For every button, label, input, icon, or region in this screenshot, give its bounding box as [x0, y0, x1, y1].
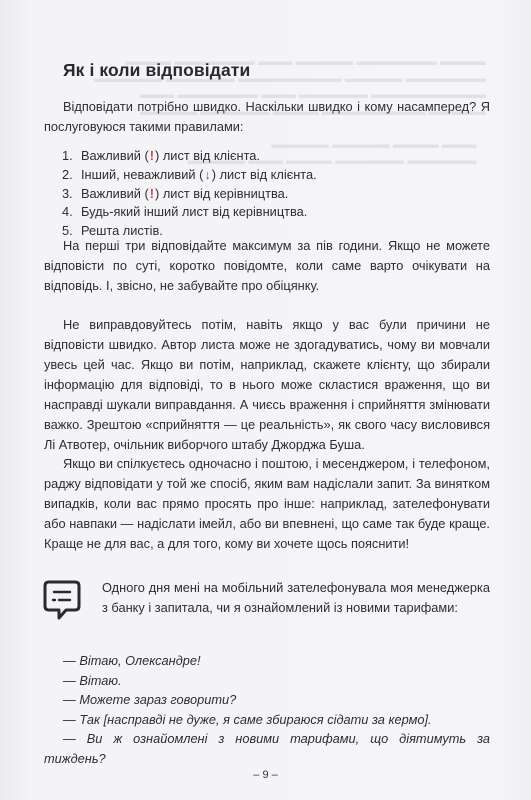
dialogue-line: — Можете зараз говорити? — [44, 690, 490, 710]
exclamation-icon: ! — [150, 185, 154, 204]
rule-item: 4. Будь-який інший лист від керівництва. — [62, 203, 317, 222]
paragraph-no-excuses: Не виправдовуйтесь потім, навіть якщо у … — [44, 315, 490, 455]
chat-bubble-icon — [42, 579, 82, 623]
exclamation-icon: ! — [150, 147, 154, 166]
rule-item: 2. Інший, неважливий (↓) лист від клієнт… — [62, 166, 317, 185]
dialogue: — Вітаю, Олександре! — Вітаю. — Можете з… — [44, 651, 490, 769]
rule-text: Важливий (!) лист від клієнта. — [81, 147, 260, 166]
dialogue-line: — Вітаю, Олександре! — [44, 651, 490, 671]
paragraph-same-channel: Якщо ви спілкуєтесь одночасно і поштою, … — [44, 454, 490, 554]
arrow-down-icon: ↓ — [204, 166, 210, 185]
paragraph-text: На перші три відповідайте максимум за пі… — [44, 238, 490, 293]
intro-paragraph: Відповідати потрібно швидко. Наскільки ш… — [44, 97, 490, 137]
rule-number: 4. — [62, 203, 81, 222]
rule-text: Інший, неважливий (↓) лист від клієнта. — [81, 166, 317, 185]
paragraph-text: Не виправдовуйтесь потім, навіть якщо у … — [44, 317, 490, 452]
dialogue-line: — Вітаю. — [44, 671, 490, 691]
paragraph-response-time: На перші три відповідайте максимум за пі… — [44, 236, 490, 296]
dialogue-line: — Так [насправді не дуже, я саме збираюс… — [44, 710, 490, 730]
rule-number: 2. — [62, 166, 81, 185]
rules-list: 1. Важливий (!) лист від клієнта. 2. Інш… — [62, 147, 317, 241]
rule-number: 3. — [62, 185, 81, 204]
rule-item: 3. Важливий (!) лист від керівництва. — [62, 185, 317, 204]
rule-number: 1. — [62, 147, 81, 166]
paragraph-text: Якщо ви спілкуєтесь одночасно і поштою, … — [44, 456, 490, 551]
section-heading: Як і коли відповідати — [63, 60, 250, 81]
rule-item: 1. Важливий (!) лист від клієнта. — [62, 147, 317, 166]
rule-text: Важливий (!) лист від керівництва. — [81, 185, 288, 204]
callout-text: Одного дня мені на мобільний зателефонув… — [102, 578, 490, 618]
dialogue-line: — Ви ж ознайомлені з новими тарифами, що… — [44, 729, 490, 768]
rule-text: Будь-який інший лист від керівництва. — [81, 203, 307, 222]
intro-text: Відповідати потрібно швидко. Наскільки ш… — [44, 99, 490, 134]
page-number: – 9 – — [0, 769, 531, 781]
book-page: ▬▬▬▬ ▬▬▬▬▬▬▬ ▬▬▬▬▬ ▬▬▬ ▬▬▬▬▬▬▬ ▬▬▬▬ ▬▬▬▬… — [0, 0, 531, 800]
